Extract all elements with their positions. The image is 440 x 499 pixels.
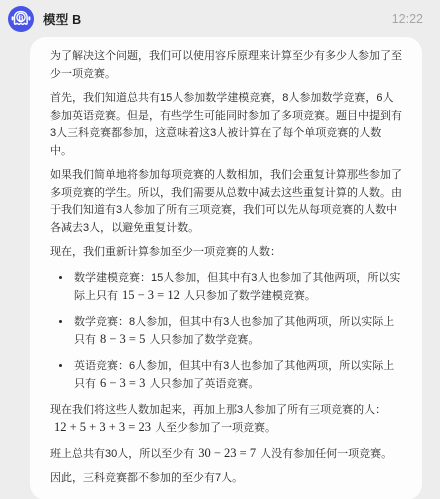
inline-math: 8 − 3 = 5	[100, 332, 145, 346]
list-item-english: 英语竞赛：6人参加，但其中有3人也参加了其他两项，所以实际上只有6 − 3 = …	[72, 358, 402, 394]
message-timestamp: 12:22	[392, 12, 423, 26]
svg-text:B: B	[18, 13, 23, 22]
paragraph-text: 班上总共有30人，所以至少有	[50, 448, 194, 460]
paragraph-sum: 现在我们将这些人数加起来，再加上那3人参加了所有三项竞赛的人：12 + 5 + …	[50, 402, 402, 438]
paragraph-text: 人没有参加任何一项竞赛。	[260, 448, 392, 460]
paragraph-totals: 首先，我们知道总共有15人参加数学建模竞赛，8人参加数学竞赛，6人参加英语竞赛。…	[50, 90, 402, 160]
bullet-text: 人只参加了数学竞赛。	[149, 334, 259, 346]
paragraph-text: 现在我们将这些人数加起来，再加上那3人参加了所有三项竞赛的人：	[50, 404, 386, 416]
paragraph-class-total: 班上总共有30人，所以至少有30 − 23 = 7人没有参加任何一项竞赛。	[50, 445, 402, 464]
list-item-math-modeling: 数学建模竞赛：15人参加，但其中有3人也参加了其他两项，所以实际上只有15 − …	[72, 270, 402, 306]
list-item-math: 数学竞赛：8人参加，但其中有3人也参加了其他两项，所以实际上只有8 − 3 = …	[72, 314, 402, 350]
bot-avatar: B	[8, 6, 34, 32]
bullet-list: 数学建模竞赛：15人参加，但其中有3人也参加了其他两项，所以实际上只有15 − …	[50, 270, 402, 394]
inline-math: 15 − 3 = 12	[122, 288, 180, 302]
inline-math: 6 − 3 = 3	[100, 376, 145, 390]
paragraph-conclusion: 因此，三科竞赛都不参加的至少有7人。	[50, 470, 402, 488]
paragraph-text: 人至少参加了一项竞赛。	[155, 422, 276, 434]
chat-header: B 模型 B 12:22	[0, 0, 440, 37]
model-name: 模型 B	[43, 10, 81, 28]
paragraph-intro: 为了解决这个问题，我们可以使用容斥原理来计算至少有多少人参加了至少一项竞赛。	[50, 48, 402, 83]
inline-math: 12 + 5 + 3 + 3 = 23	[54, 420, 151, 434]
robot-b-icon: B	[8, 6, 34, 32]
bullet-text: 人只参加了英语竞赛。	[149, 378, 259, 390]
paragraph-recalculate-lead: 现在，我们重新计算参加至少一项竞赛的人数：	[50, 244, 402, 262]
bullet-text: 人只参加了数学建模竞赛。	[184, 290, 316, 302]
message-bubble: 为了解决这个问题，我们可以使用容斥原理来计算至少有多少人参加了至少一项竞赛。 首…	[30, 37, 422, 499]
inline-math: 30 − 23 = 7	[198, 446, 256, 460]
paragraph-overlap-explanation: 如果我们简单地将参加每项竞赛的人数相加，我们会重复计算那些参加了多项竞赛的学生。…	[50, 167, 402, 237]
